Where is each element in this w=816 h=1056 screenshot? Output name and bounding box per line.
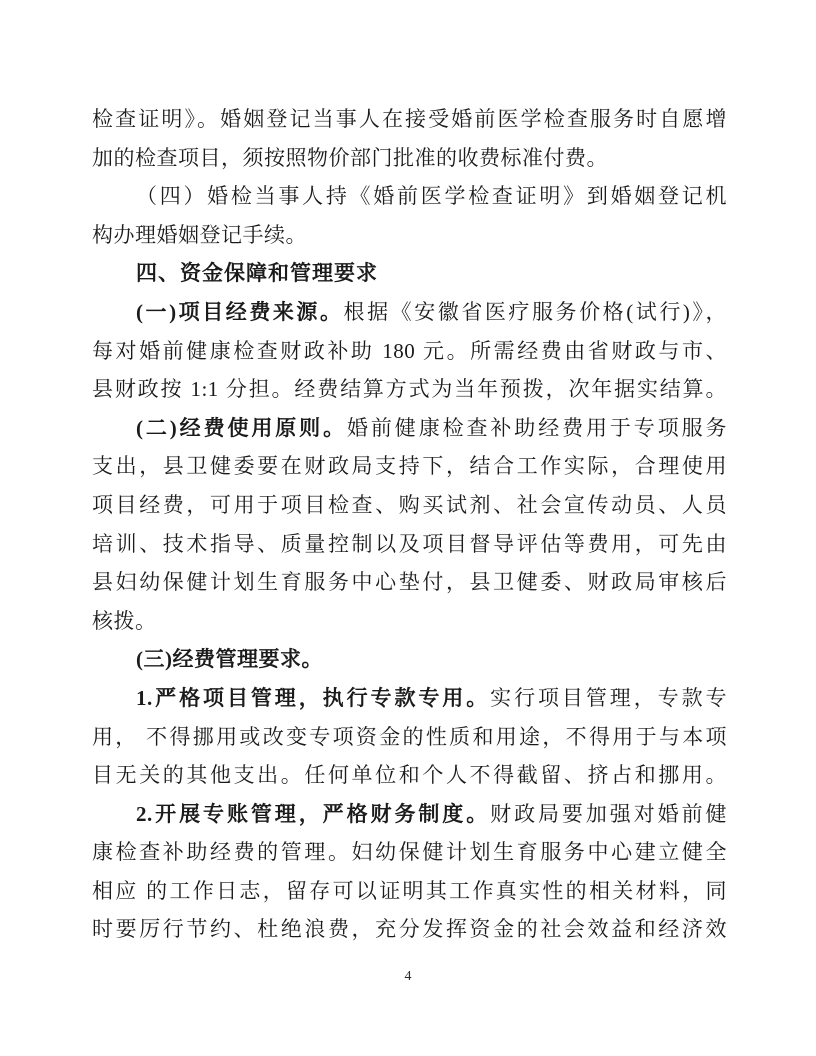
- text-run: 县妇幼保健计划生育服务中心垫付，县卫健委、财政局审核后: [92, 570, 727, 594]
- text-run: 用， 不得挪用或改变专项资金的性质和用途，不得用于与本项: [92, 725, 727, 749]
- text-line: 四、资金保障和管理要求: [92, 254, 727, 293]
- text-line: 县财政按 1:1 分担。经费结算方式为当年预拨，次年据实结算。: [92, 370, 727, 409]
- text-line: 支出，县卫健委要在财政局支持下，结合工作实际，合理使用: [92, 447, 727, 486]
- text-run: 相应 的工作日志，留存可以证明其工作真实性的相关材料，同: [92, 879, 727, 903]
- text-line: 相应 的工作日志，留存可以证明其工作真实性的相关材料，同: [92, 872, 727, 911]
- text-line: (三)经费管理要求。: [92, 640, 727, 679]
- text-run: 支出，县卫健委要在财政局支持下，结合工作实际，合理使用: [92, 454, 727, 478]
- text-run: 检查证明》。婚姻登记当事人在接受婚前医学检查服务时自愿增: [92, 107, 727, 131]
- page-number: 4: [0, 969, 816, 985]
- text-line: (二)经费使用原则。婚前健康检查补助经费用于专项服务: [92, 409, 727, 448]
- text-run: 目无关的其他支出。任何单位和个人不得截留、挤占和挪用。: [92, 763, 727, 787]
- text-line: (一)项目经费来源。根据《安徽省医疗服务价格(试行)》，: [92, 293, 727, 332]
- text-line: 目无关的其他支出。任何单位和个人不得截留、挤占和挪用。: [92, 756, 727, 795]
- text-line: 时要厉行节约、杜绝浪费，充分发挥资金的社会效益和经济效: [92, 910, 727, 949]
- text-run: 构办理婚姻登记手续。: [92, 223, 307, 247]
- document-body: 检查证明》。婚姻登记当事人在接受婚前医学检查服务时自愿增加的检查项目，须按照物价…: [92, 100, 727, 949]
- text-line: 构办理婚姻登记手续。: [92, 216, 727, 255]
- text-run: (二)经费使用原则。: [136, 416, 347, 440]
- text-run: 1.严格项目管理，执行专款专用。: [136, 686, 490, 710]
- text-line: 培训、技术指导、质量控制以及项目督导评估等费用，可先由: [92, 525, 727, 564]
- text-run: (三)经费管理要求。: [136, 647, 323, 671]
- text-run: 根据《安徽省医疗服务价格(试行)》，: [344, 300, 727, 324]
- text-run: 财政局要加强对婚前健: [490, 802, 727, 826]
- text-line: 1.严格项目管理，执行专款专用。实行项目管理，专款专: [92, 679, 727, 718]
- text-run: （四）婚检当事人持《婚前医学检查证明》到婚姻登记机: [136, 184, 727, 208]
- section-heading-text: 四、资金保障和管理要求: [136, 262, 378, 285]
- text-line: 县妇幼保健计划生育服务中心垫付，县卫健委、财政局审核后: [92, 563, 727, 602]
- text-run: 加的检查项目，须按照物价部门批准的收费标准付费。: [92, 146, 608, 170]
- document-page: 检查证明》。婚姻登记当事人在接受婚前医学检查服务时自愿增加的检查项目，须按照物价…: [0, 0, 816, 1056]
- text-run: 培训、技术指导、质量控制以及项目督导评估等费用，可先由: [92, 532, 727, 556]
- text-run: 时要厉行节约、杜绝浪费，充分发挥资金的社会效益和经济效: [92, 917, 727, 941]
- text-run: 婚前健康检查补助经费用于专项服务: [347, 416, 727, 440]
- text-run: 县财政按 1:1 分担。经费结算方式为当年预拨，次年据实结算。: [92, 377, 727, 401]
- text-line: 康检查补助经费的管理。妇幼保健计划生育服务中心建立健全: [92, 833, 727, 872]
- text-line: 加的检查项目，须按照物价部门批准的收费标准付费。: [92, 139, 727, 178]
- text-run: 项目经费，可用于项目检查、购买试剂、社会宣传动员、人员: [92, 493, 727, 517]
- text-run: (一)项目经费来源。: [136, 300, 344, 324]
- text-run: 核拨。: [92, 609, 157, 633]
- text-line: 项目经费，可用于项目检查、购买试剂、社会宣传动员、人员: [92, 486, 727, 525]
- text-run: 康检查补助经费的管理。妇幼保健计划生育服务中心建立健全: [92, 840, 727, 864]
- text-run: 2.开展专账管理，严格财务制度。: [136, 802, 490, 826]
- text-line: 检查证明》。婚姻登记当事人在接受婚前医学检查服务时自愿增: [92, 100, 727, 139]
- text-run: 实行项目管理，专款专: [490, 686, 727, 710]
- text-line: 每对婚前健康检查财政补助 180 元。所需经费由省财政与市、: [92, 332, 727, 371]
- text-line: 2.开展专账管理，严格财务制度。财政局要加强对婚前健: [92, 795, 727, 834]
- text-line: （四）婚检当事人持《婚前医学检查证明》到婚姻登记机: [92, 177, 727, 216]
- text-line: 核拨。: [92, 602, 727, 641]
- text-line: 用， 不得挪用或改变专项资金的性质和用途，不得用于与本项: [92, 718, 727, 757]
- text-run: 每对婚前健康检查财政补助 180 元。所需经费由省财政与市、: [92, 339, 727, 363]
